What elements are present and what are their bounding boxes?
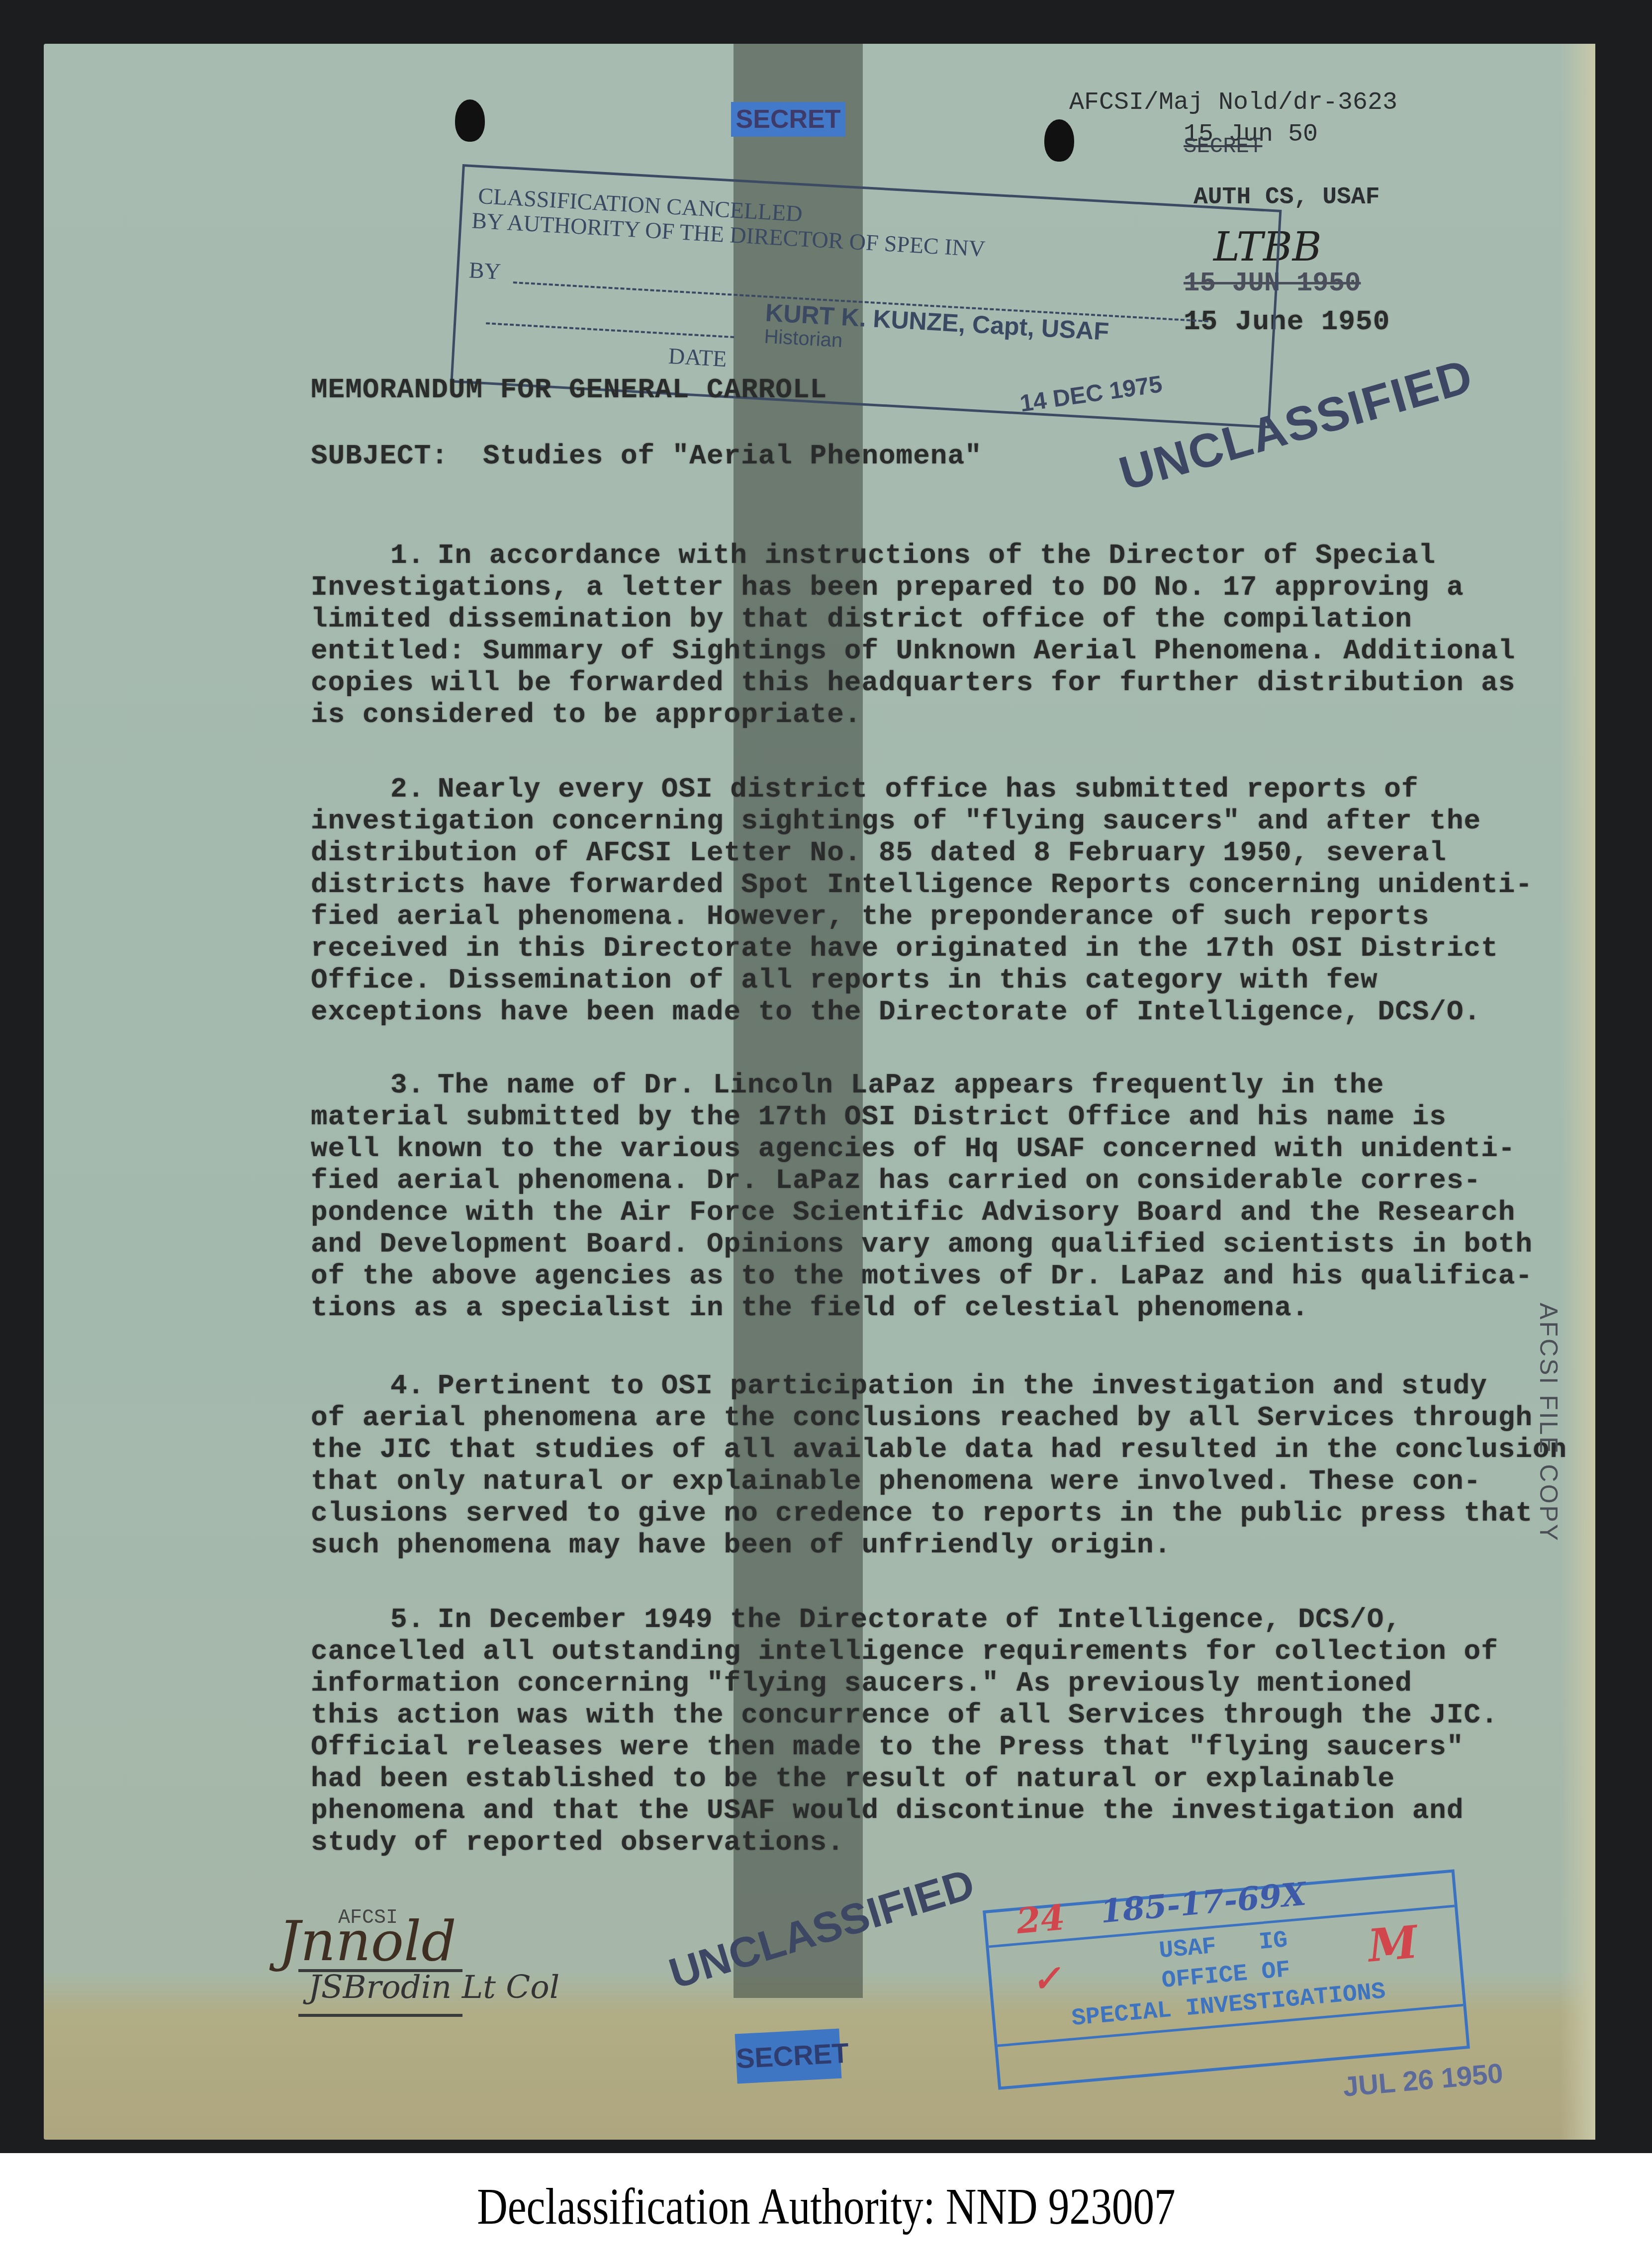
superseded-classification: SECRET <box>1184 134 1262 159</box>
paragraph-line: Official releases were then made to the … <box>311 1731 1524 1763</box>
paragraph-line: entitled: Summary of Sightings of Unknow… <box>311 635 1524 667</box>
paragraph-line: pondence with the Air Force Scientific A… <box>311 1196 1524 1228</box>
paragraph-line: clusions served to give no credence to r… <box>311 1497 1524 1529</box>
paragraph-line: such phenomena may have been of unfriend… <box>311 1529 1524 1561</box>
memo-addressee: MEMORANDUM FOR GENERAL CARROLL <box>311 374 827 406</box>
file-copy-stamp: AFCSI FILE COPY <box>1534 1303 1563 1542</box>
paragraph-line: Office. Dissemination of all reports in … <box>311 964 1524 996</box>
paragraph-line: had been established to be the result of… <box>311 1763 1524 1795</box>
paragraph-line: limited dissemination by that district o… <box>311 603 1524 635</box>
subject-line: SUBJECT: Studies of "Aerial Phenomena" <box>311 440 982 472</box>
declassification-footer: Declassification Authority: NND 923007 <box>0 2153 1652 2260</box>
stamp-by-label: BY <box>468 257 502 284</box>
paragraph-line: investigation concerning sightings of "f… <box>311 805 1524 837</box>
paragraph-line: fied aerial phenomena. Dr. LaPaz has car… <box>311 1165 1524 1196</box>
paragraph-number: 2. <box>390 773 438 805</box>
paragraph-line: fied aerial phenomena. However, the prep… <box>311 901 1524 932</box>
paragraph-line: received in this Directorate have origin… <box>311 932 1524 964</box>
paper-edge <box>1560 44 1595 2140</box>
paragraph-line: that only natural or explainable phenome… <box>311 1465 1524 1497</box>
paragraph-line: copies will be forwarded this headquarte… <box>311 667 1524 699</box>
signature-rule <box>298 2014 462 2017</box>
paragraph-line: study of reported observations. <box>311 1826 1524 1858</box>
paragraph-line: Investigations, a letter has been prepar… <box>311 571 1524 603</box>
stamp-signer-title: Historian <box>763 325 843 352</box>
paragraph-line: and Development Board. Opinions vary amo… <box>311 1228 1524 1260</box>
osi-handwritten-prefix: 24 <box>1015 1897 1067 1942</box>
paragraph-line: tions as a specialist in the field of ce… <box>311 1292 1524 1324</box>
paragraph-3: 3.The name of Dr. Lincoln LaPaz appears … <box>311 1069 1524 1324</box>
paragraph-line: cancelled all outstanding intelligence r… <box>311 1635 1524 1667</box>
paragraph-number: 5. <box>390 1604 438 1635</box>
paragraph-number: 4. <box>390 1370 438 1402</box>
paragraph-line: In accordance with instructions of the D… <box>438 540 1436 571</box>
paragraph-line: is considered to be appropriate. <box>311 699 1524 730</box>
routing-line: AFCSI/Maj Nold/dr-3623 <box>1069 87 1397 119</box>
paragraph-number: 3. <box>390 1069 438 1101</box>
paragraph-2: 2.Nearly every OSI district office has s… <box>311 773 1524 1028</box>
paragraph-line: The name of Dr. Lincoln LaPaz appears fr… <box>438 1069 1384 1101</box>
paragraph-line: Nearly every OSI district office has sub… <box>438 773 1419 805</box>
paragraph-line: phenomena and that the USAF would discon… <box>311 1795 1524 1826</box>
subject-label: SUBJECT: <box>311 440 449 472</box>
paragraph-number: 1. <box>390 540 438 571</box>
paragraph-5: 5.In December 1949 the Directorate of In… <box>311 1604 1524 1858</box>
paragraph-line: material submitted by the 17th OSI Distr… <box>311 1101 1524 1133</box>
paragraph-4: 4.Pertinent to OSI participation in the … <box>311 1370 1524 1561</box>
paragraph-line: districts have forwarded Spot Intelligen… <box>311 869 1524 901</box>
paragraph-line: well known to the various agencies of Hq… <box>311 1133 1524 1165</box>
paragraph-line: Pertinent to OSI participation in the in… <box>438 1370 1487 1402</box>
stamp-date-label: DATE <box>668 343 728 372</box>
paragraph-line: of the above agencies as to the motives … <box>311 1260 1524 1292</box>
signature-block: AFCSI Jnnold JSBrodin Lt Col <box>269 1899 567 2039</box>
subject-text: Studies of "Aerial Phenomena" <box>483 440 982 472</box>
paragraph-line: In December 1949 the Directorate of Inte… <box>438 1604 1401 1635</box>
countersignature: JSBrodin Lt Col <box>308 1969 559 2006</box>
paragraph-line: this action was with the concurrence of … <box>311 1699 1524 1731</box>
stamp-date-line <box>486 322 734 338</box>
signature: Jnnold <box>278 1909 457 1973</box>
paragraph-line: exceptions have been made to the Directo… <box>311 996 1524 1028</box>
paragraph-line: the JIC that studies of all available da… <box>311 1434 1524 1465</box>
secret-marking-bottom: SECRET <box>735 2029 842 2084</box>
paragraph-line: of aerial phenomena are the conclusions … <box>311 1402 1524 1434</box>
declassification-authority: Declassification Authority: NND 923007 <box>477 2177 1176 2236</box>
paragraph-1: 1.In accordance with instructions of the… <box>311 540 1524 730</box>
paragraph-line: information concerning "flying saucers."… <box>311 1667 1524 1699</box>
secret-marking-top: SECRET <box>731 102 845 137</box>
punch-hole-left <box>455 99 485 142</box>
paragraph-line: distribution of AFCSI Letter No. 85 date… <box>311 837 1524 869</box>
